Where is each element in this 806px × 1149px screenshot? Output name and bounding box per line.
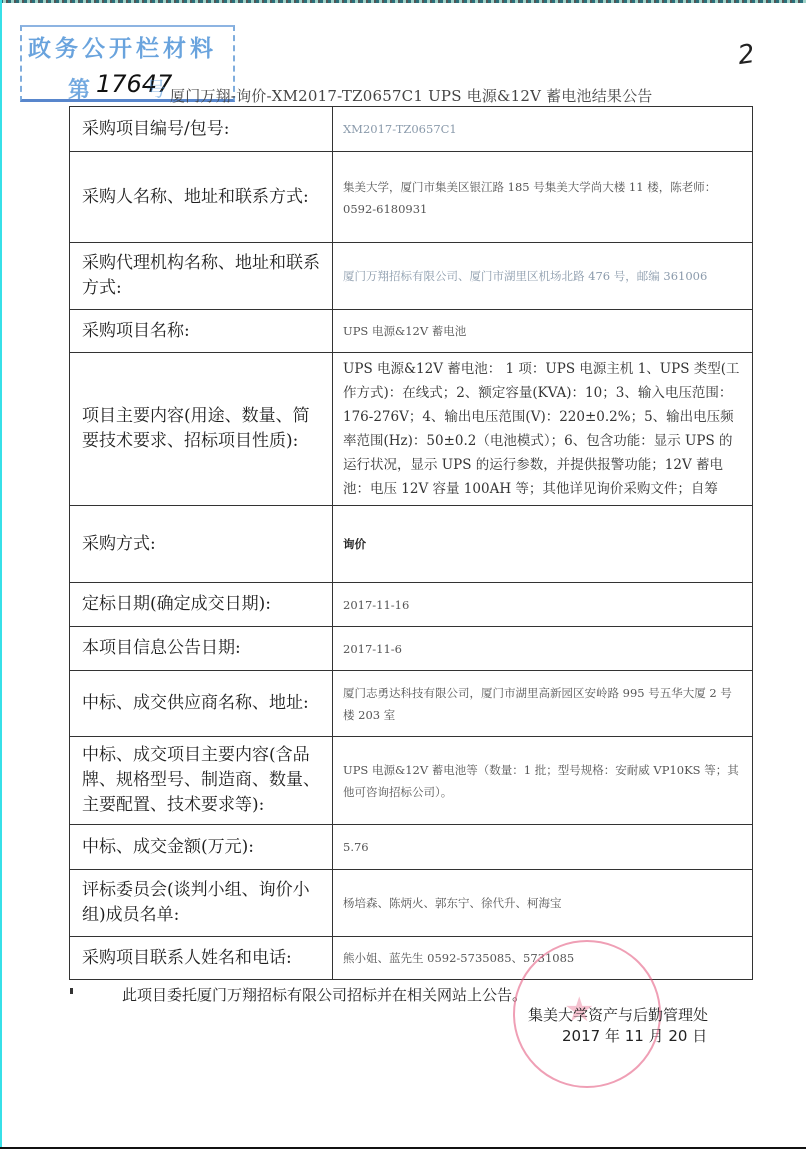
issue-date: 2017 年 11 月 20 日 (562, 1025, 707, 1046)
row-label: 本项目信息公告日期: (70, 627, 333, 671)
table-row: 中标、成交金额(万元): 5.76 (70, 825, 753, 870)
row-value: 厦门万翔招标有限公司、厦门市湖里区机场北路 476 号，邮编 361006 (333, 243, 753, 310)
table-row: 中标、成交供应商名称、地址: 厦门志勇达科技有限公司，厦门市湖里高新园区安岭路 … (70, 671, 753, 737)
row-value: UPS 电源&12V 蓄电池等（数量：1 批；型号规格：安耐威 VP10KS 等… (333, 737, 753, 825)
table-row: 定标日期(确定成交日期): 2017-11-16 (70, 583, 753, 627)
row-value: 杨培森、陈炳火、郭东宁、徐代升、柯海宝 (333, 870, 753, 937)
table-row: 评标委员会(谈判小组、询价小组)成员名单: 杨培森、陈炳火、郭东宁、徐代升、柯海… (70, 870, 753, 937)
row-value: 询价 (333, 506, 753, 583)
row-value: UPS 电源&12V 蓄电池： 1 项：UPS 电源主机 1、UPS 类型(工作… (333, 353, 753, 506)
row-label: 采购项目编号/包号: (70, 107, 333, 152)
row-value: 集美大学，厦门市集美区银江路 185 号集美大学尚大楼 11 楼，陈老师：059… (333, 152, 753, 243)
scan-edge-top (0, 0, 806, 3)
archive-stamp-title: 政务公开栏材料 (28, 30, 217, 63)
table-row: 采购项目编号/包号: XM2017-TZ0657C1 (70, 107, 753, 152)
row-label: 采购代理机构名称、地址和联系方式: (70, 243, 333, 310)
archive-stamp-number-prefix: 第 (68, 73, 90, 104)
table-row: 采购项目联系人姓名和电话: 熊小姐、蓝先生 0592-5735085、57310… (70, 937, 753, 980)
notice-table: 采购项目编号/包号: XM2017-TZ0657C1 采购人名称、地址和联系方式… (69, 106, 753, 980)
table-row: 项目主要内容(用途、数量、简要技术要求、招标项目性质): UPS 电源&12V … (70, 353, 753, 506)
row-label: 中标、成交项目主要内容(含品牌、规格型号、制造商、数量、主要配置、技术要求等): (70, 737, 333, 825)
table-row: 采购代理机构名称、地址和联系方式: 厦门万翔招标有限公司、厦门市湖里区机场北路 … (70, 243, 753, 310)
row-label: 采购项目联系人姓名和电话: (70, 937, 333, 980)
document-title: 厦门万翔-询价-XM2017-TZ0657C1 UPS 电源&12V 蓄电池结果… (170, 85, 653, 106)
row-label: 中标、成交供应商名称、地址: (70, 671, 333, 737)
handwritten-page-mark: 2 (736, 39, 757, 71)
table-row: 中标、成交项目主要内容(含品牌、规格型号、制造商、数量、主要配置、技术要求等):… (70, 737, 753, 825)
row-label: 采购人名称、地址和联系方式: (70, 152, 333, 243)
scan-mark (70, 988, 73, 994)
table-row: 采购方式: 询价 (70, 506, 753, 583)
row-value: 厦门志勇达科技有限公司，厦门市湖里高新园区安岭路 995 号五华大厦 2 号楼 … (333, 671, 753, 737)
row-label: 中标、成交金额(万元): (70, 825, 333, 870)
row-value: XM2017-TZ0657C1 (333, 107, 753, 152)
row-label: 评标委员会(谈判小组、询价小组)成员名单: (70, 870, 333, 937)
row-value: 5.76 (333, 825, 753, 870)
row-label: 采购方式: (70, 506, 333, 583)
row-label: 采购项目名称: (70, 310, 333, 353)
row-value: 2017-11-16 (333, 583, 753, 627)
table-row: 采购人名称、地址和联系方式: 集美大学，厦门市集美区银江路 185 号集美大学尚… (70, 152, 753, 243)
table-row: 采购项目名称: UPS 电源&12V 蓄电池 (70, 310, 753, 353)
archive-stamp-number-suffix: 号 (146, 73, 166, 102)
row-label: 定标日期(确定成交日期): (70, 583, 333, 627)
scan-edge-left (0, 0, 2, 1149)
row-label: 项目主要内容(用途、数量、简要技术要求、招标项目性质): (70, 353, 333, 506)
issuer-name: 集美大学资产与后勤管理处 (528, 1004, 708, 1025)
row-value: UPS 电源&12V 蓄电池 (333, 310, 753, 353)
footer-note: 此项目委托厦门万翔招标有限公司招标并在相关网站上公告。 (122, 984, 527, 1005)
table-row: 本项目信息公告日期: 2017-11-6 (70, 627, 753, 671)
row-value: 2017-11-6 (333, 627, 753, 671)
